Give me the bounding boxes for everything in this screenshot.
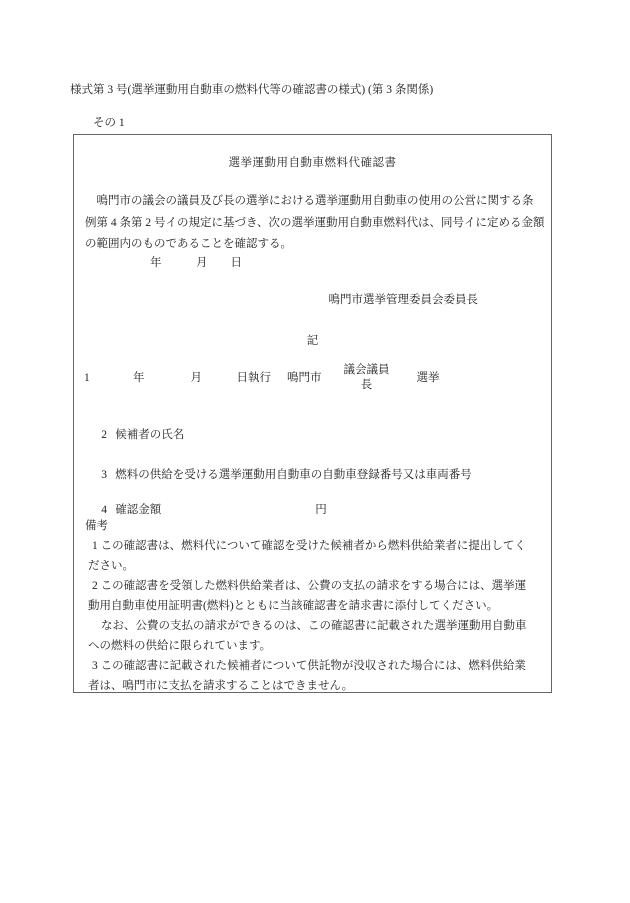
note-3: 3 この確認書に記載された候補者について供託物が没収された場合には、燃料供給業 … [85,656,551,696]
office-choice-council-member: 議会議員 [344,363,390,378]
item-1-election-date: 1 年 月 日執行 鳴門市 議会議員 長 選挙 [84,363,440,393]
item-2-label: 候補者の氏名 [115,429,184,441]
item-2-number: 2 [101,427,115,443]
note-2-supplement: なお、公費の支払の請求ができるのは、この確認書に記載された選挙運動用自動車 への… [85,616,551,656]
record-marker: 記 [74,333,551,349]
item-3-label: 燃料の供給を受ける選挙運動用自動車の自動車登録番号又は車両番号 [115,469,472,481]
notes-section: 備考 1 この確認書は、燃料代について確認を受けた候補者から燃料供給業者に提出し… [85,516,551,696]
item-1-city: 鳴門市 [287,370,322,386]
note-1: 1 この確認書は、燃料代について確認を受けた候補者から燃料供給業者に提出してく … [85,536,551,576]
date-blank-line: 年 月 日 [150,255,242,271]
form-number-label: 様式第 3 号(選挙運動用自動車の燃料代等の確認書の様式) (第 3 条関係) [70,82,433,98]
document-page: 様式第 3 号(選挙運動用自動車の燃料代等の確認書の様式) (第 3 条関係) … [0,0,630,903]
office-choice-stack: 議会議員 長 [344,363,390,393]
item-4-label: 確認金額 [115,504,161,516]
item-1-number: 1 [84,370,133,386]
item-1-election-suffix: 選挙 [417,370,440,386]
notes-heading: 備考 [85,516,551,536]
item-1-date-text: 年 月 日執行 [133,370,271,386]
item-4-yen-unit: 円 [315,504,327,516]
part-label: その 1 [93,115,125,131]
form-border-box: 選挙運動用自動車燃料代確認書 鳴門市の議会の議員及び長の選挙における選挙運動用自… [73,134,552,693]
note-2: 2 この確認書を受領した燃料供給業者は、公費の支払の請求をする場合には、選挙運 … [85,576,551,616]
form-title: 選挙運動用自動車燃料代確認書 [74,155,551,171]
office-choice-mayor: 長 [361,378,373,393]
addressee-line: 鳴門市選挙管理委員会委員長 [329,292,479,308]
item-3-number: 3 [101,467,115,483]
body-paragraph: 鳴門市の議会の議員及び長の選挙における選挙運動用自動車の使用の公営に関する条 例… [85,191,555,256]
